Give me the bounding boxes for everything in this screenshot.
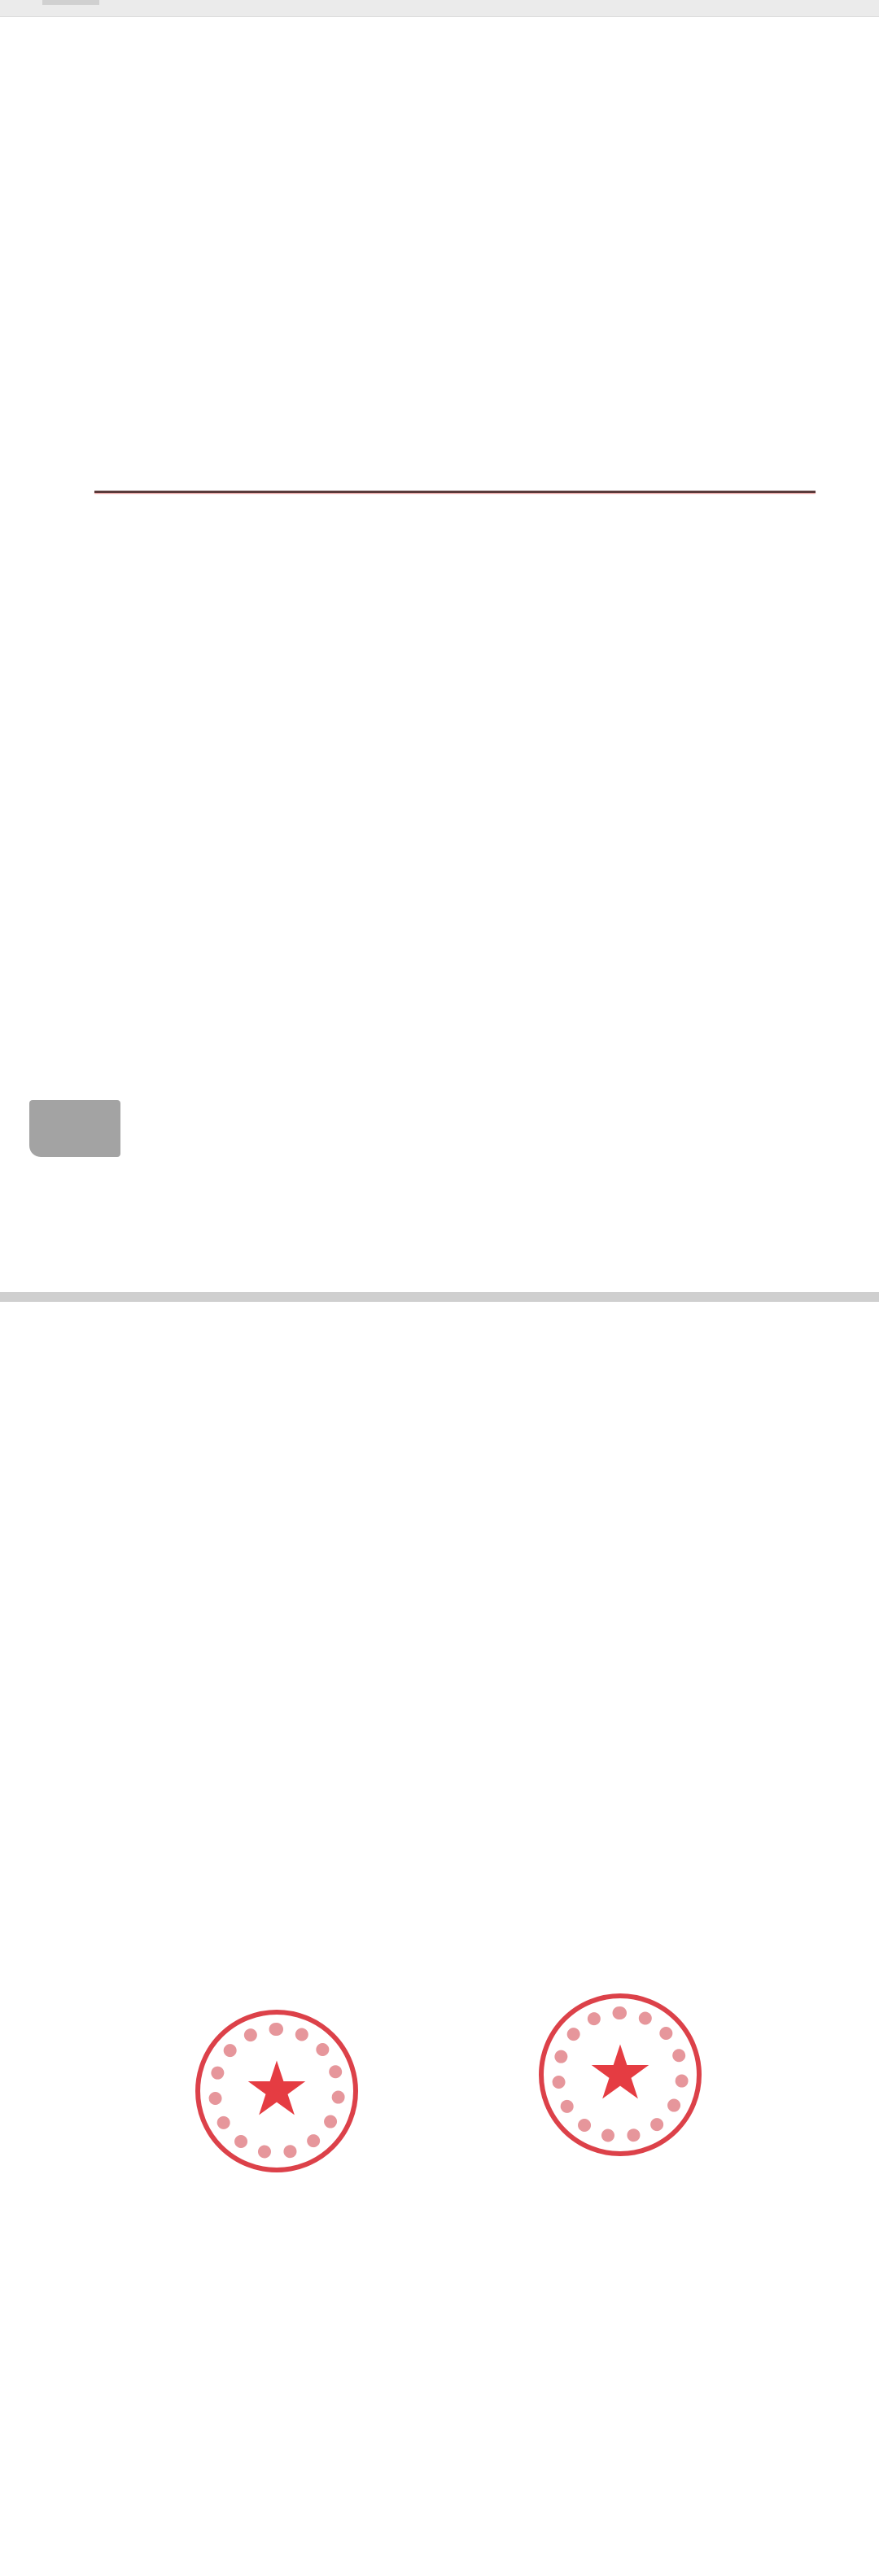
stamp-finance: ★ [539,1993,702,2156]
stamp-hrss: ★ [195,2010,358,2172]
star-icon: ★ [243,2052,310,2127]
issuer-finance [108,217,711,269]
issuer-tax [108,321,711,373]
document-page-2 [0,1302,879,2576]
header-divider [94,491,816,493]
issuer-medical [108,269,711,321]
top-bar-title-fragment [42,0,99,5]
star-icon: ★ [587,2036,654,2111]
issuer-hrss [108,165,711,217]
top-bar [0,0,879,17]
page-separator [0,1292,879,1302]
page-indicator-badge[interactable] [29,1100,120,1157]
issuing-authorities [108,165,711,373]
